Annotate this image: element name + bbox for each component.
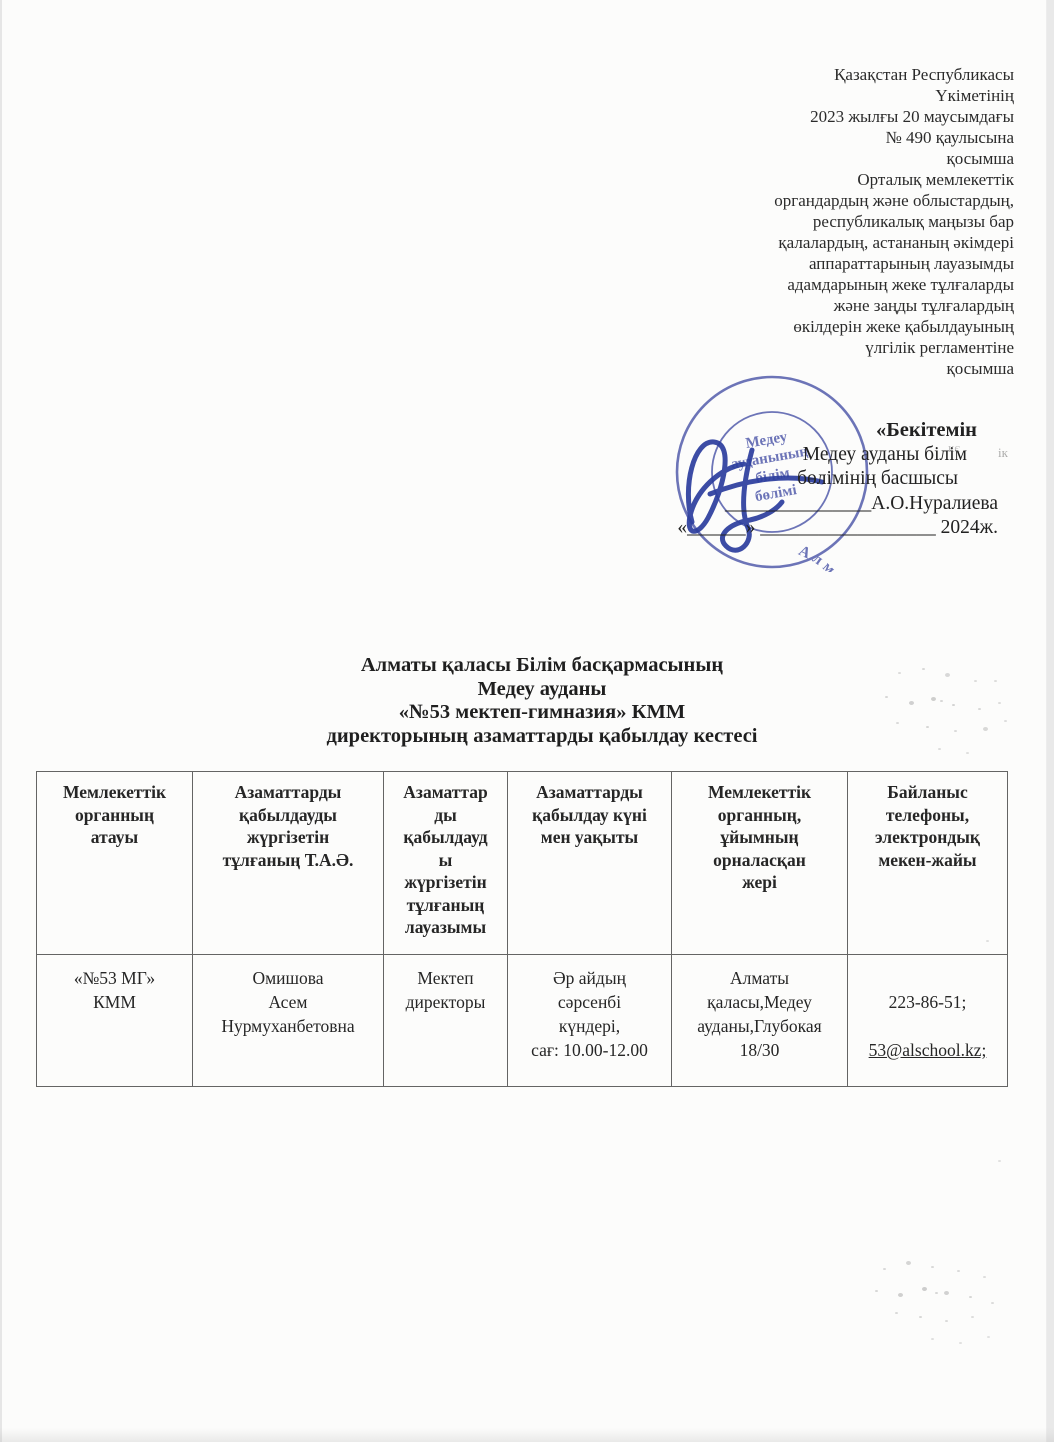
- reception-schedule-table: Мемлекеттік органның атауы Азаматтарды қ…: [36, 771, 1008, 1087]
- approval-title: «Бекітемін: [677, 418, 977, 443]
- cell-schedule: Әр айдың сәрсенбі күндері, сағ: 10.00-12…: [508, 955, 672, 1087]
- col-header-schedule: Азаматтарды қабылдау күні мен уақыты: [508, 772, 672, 955]
- note-line: үлгілік регламентіне: [774, 337, 1014, 358]
- note-line: қосымша: [774, 148, 1014, 169]
- bleed-noise-cluster: [996, 120, 999, 122]
- cell-contacts: 223-86-51; 53@alschool.kz;: [848, 955, 1008, 1087]
- bleed-text-fragment: кє: [948, 441, 960, 454]
- approval-signature-line: _______________А.О.Нуралиева: [677, 492, 998, 517]
- approval-block: «Бекітемін Медеу ауданы білім бөлімінің …: [677, 418, 998, 541]
- note-line: адамдарының жеке тұлғаларды: [774, 274, 1014, 295]
- note-line: өкілдерін жеке қабылдауының: [774, 316, 1014, 337]
- approval-line: Медеу ауданы білім: [677, 443, 967, 468]
- approval-line: бөлімінің басшысы: [677, 467, 958, 492]
- document-title-line: «№53 мектеп-гимназия» КММ: [30, 701, 1054, 725]
- document-title-line: Алматы қаласы Білім басқармасының: [30, 654, 1054, 678]
- col-header-location: Мемлекеттік органның, ұйымның орналасқан…: [672, 772, 848, 955]
- bleed-noise-cluster: [940, 700, 943, 702]
- note-line: қалалардың, астананың әкімдері: [774, 232, 1014, 253]
- bleed-text-fragment: ік: [998, 446, 1008, 459]
- table-row: «№53 МГ» КММ Омишова Асем Нурмуханбетовн…: [37, 955, 1008, 1087]
- regulation-reference-note: Қазақстан Республикасы Үкіметінің 2023 ж…: [774, 64, 1014, 379]
- note-line: аппараттарының лауазымды: [774, 253, 1014, 274]
- col-header-position: Азаматтар ды қабылдауд ы жүргізетін тұлғ…: [384, 772, 508, 955]
- col-header-person: Азаматтарды қабылдауды жүргізетін тұлған…: [193, 772, 384, 955]
- scanned-document-page: { "colors": { "stamp_ink": "#4d57a9", "s…: [0, 0, 1054, 1442]
- document-title: Алматы қаласы Білім басқармасының Медеу …: [30, 654, 1054, 748]
- note-line: Орталық мемлекеттік: [774, 169, 1014, 190]
- cell-org-name: «№53 МГ» КММ: [37, 955, 193, 1087]
- scan-edge-left: [0, 0, 2, 1442]
- cell-person: Омишова Асем Нурмуханбетовна: [193, 955, 384, 1087]
- col-header-contacts: Байланыс телефоны, электрондық мекен-жай…: [848, 772, 1008, 955]
- col-header-org-name: Мемлекеттік органның атауы: [37, 772, 193, 955]
- note-line: Үкіметінің: [774, 85, 1014, 106]
- bleed-noise-cluster: [935, 1292, 938, 1294]
- phone-number: 223-86-51;: [852, 990, 1003, 1014]
- email-address: 53@alschool.kz;: [852, 1038, 1003, 1062]
- note-line: 2023 жылғы 20 маусымдағы: [774, 106, 1014, 127]
- cell-position: Мектеп директоры: [384, 955, 508, 1087]
- document-title-line: директорының азаматтарды қабылдау кестес…: [30, 725, 1054, 749]
- document-title-line: Медеу ауданы: [30, 678, 1054, 702]
- note-line: және заңды тұлғалардың: [774, 295, 1014, 316]
- cell-location: Алматы қаласы,Медеу ауданы,Глубокая 18/3…: [672, 955, 848, 1087]
- note-line: № 490 қаулысына: [774, 127, 1014, 148]
- note-line: республикалық маңызы бар: [774, 211, 1014, 232]
- scan-edge-bottom: [0, 1428, 1054, 1442]
- note-line: органдардың және облыстардың,: [774, 190, 1014, 211]
- table-header-row: Мемлекеттік органның атауы Азаматтарды қ…: [37, 772, 1008, 955]
- note-line: Қазақстан Республикасы: [774, 64, 1014, 85]
- approval-date-line: «______» __________________ 2024ж.: [677, 516, 998, 541]
